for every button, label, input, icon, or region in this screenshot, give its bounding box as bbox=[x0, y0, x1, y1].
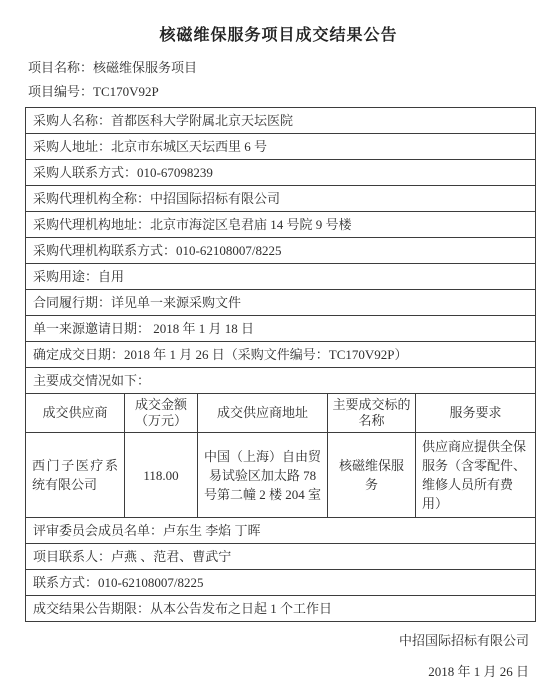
table-row: 采购代理机构地址：北京市海淀区皂君庙 14 号院 9 号楼 bbox=[26, 212, 536, 238]
review-committee-row: 评审委员会成员名单：卢东生 李焰 丁晖 bbox=[26, 518, 536, 544]
purchaser-address-row: 采购人地址：北京市东城区天坛西里 6 号 bbox=[26, 134, 536, 160]
table-row: 采购人地址：北京市东城区天坛西里 6 号 bbox=[26, 134, 536, 160]
purchaser-name-row: 采购人名称：首都医科大学附属北京天坛医院 bbox=[26, 108, 536, 134]
table-row: 成交结果公告期限：从本公告发布之日起 1 个工作日 bbox=[26, 596, 536, 622]
table-row: 采购代理机构联系方式：010-62108007/8225 bbox=[26, 238, 536, 264]
table-row: 确定成交日期：2018 年 1 月 26 日（采购文件编号：TC170V92P） bbox=[26, 342, 536, 368]
contact-number-row: 联系方式：010-62108007/8225 bbox=[26, 570, 536, 596]
announcement-period-row: 成交结果公告期限：从本公告发布之日起 1 个工作日 bbox=[26, 596, 536, 622]
purchase-purpose-row: 采购用途：自用 bbox=[26, 264, 536, 290]
agency-address-row: 采购代理机构地址：北京市海淀区皂君庙 14 号院 9 号楼 bbox=[26, 212, 536, 238]
footer-agency: 中招国际招标有限公司 bbox=[0, 632, 529, 649]
award-table-data-row: 西门子医疗系统有限公司 118.00 中国（上海）自由贸易试验区加太路 78 号… bbox=[26, 433, 536, 518]
table-row: 采购代理机构全称：中招国际招标有限公司 bbox=[26, 186, 536, 212]
amount-cell: 118.00 bbox=[125, 433, 198, 518]
table-row: 合同履行期：详见单一来源采购文件 bbox=[26, 290, 536, 316]
purchaser-contact-row: 采购人联系方式：010-67098239 bbox=[26, 160, 536, 186]
agency-contact-row: 采购代理机构联系方式：010-62108007/8225 bbox=[26, 238, 536, 264]
table-row: 采购人名称：首都医科大学附属北京天坛医院 bbox=[26, 108, 536, 134]
agency-name-row: 采购代理机构全称：中招国际招标有限公司 bbox=[26, 186, 536, 212]
table-row: 评审委员会成员名单：卢东生 李焰 丁晖 bbox=[26, 518, 536, 544]
supplier-address-cell: 中国（上海）自由贸易试验区加太路 78 号第二幢 2 楼 204 室 bbox=[198, 433, 328, 518]
header-supplier: 成交供应商 bbox=[26, 394, 125, 433]
project-name-line: 项目名称：核磁维保服务项目 bbox=[28, 59, 557, 76]
award-summary-label-row: 主要成交情况如下： bbox=[26, 368, 536, 394]
table-row: 采购人联系方式：010-67098239 bbox=[26, 160, 536, 186]
table-row: 单一来源邀请日期： 2018 年 1 月 18 日 bbox=[26, 316, 536, 342]
announcement-document: { "page": { "title": "核磁维保服务项目成交结果公告", "… bbox=[0, 0, 557, 700]
header-amount: 成交金额（万元） bbox=[125, 394, 198, 433]
award-date-row: 确定成交日期：2018 年 1 月 26 日（采购文件编号：TC170V92P） bbox=[26, 342, 536, 368]
header-address: 成交供应商地址 bbox=[198, 394, 328, 433]
header-subject: 主要成交标的名称 bbox=[328, 394, 416, 433]
table-row: 联系方式：010-62108007/8225 bbox=[26, 570, 536, 596]
announcement-table: 采购人名称：首都医科大学附属北京天坛医院 采购人地址：北京市东城区天坛西里 6 … bbox=[25, 107, 536, 622]
subject-cell: 核磁维保服务 bbox=[328, 433, 416, 518]
header-service: 服务要求 bbox=[416, 394, 536, 433]
invitation-date-row: 单一来源邀请日期： 2018 年 1 月 18 日 bbox=[26, 316, 536, 342]
footer-date: 2018 年 1 月 26 日 bbox=[0, 663, 529, 680]
project-code-line: 项目编号：TC170V92P bbox=[28, 83, 557, 100]
project-contact-row: 项目联系人：卢燕 、范君、曹武宁 bbox=[26, 544, 536, 570]
footer: 中招国际招标有限公司 2018 年 1 月 26 日 bbox=[0, 632, 529, 680]
page-title: 核磁维保服务项目成交结果公告 bbox=[0, 22, 557, 45]
service-requirement-cell: 供应商应提供全保服务（含零配件、维修人员所有费用） bbox=[416, 433, 536, 518]
contract-period-row: 合同履行期：详见单一来源采购文件 bbox=[26, 290, 536, 316]
table-row: 项目联系人：卢燕 、范君、曹武宁 bbox=[26, 544, 536, 570]
table-row: 主要成交情况如下： bbox=[26, 368, 536, 394]
table-row: 采购用途：自用 bbox=[26, 264, 536, 290]
supplier-cell: 西门子医疗系统有限公司 bbox=[26, 433, 125, 518]
award-table-header-row: 成交供应商 成交金额（万元） 成交供应商地址 主要成交标的名称 服务要求 bbox=[26, 394, 536, 433]
